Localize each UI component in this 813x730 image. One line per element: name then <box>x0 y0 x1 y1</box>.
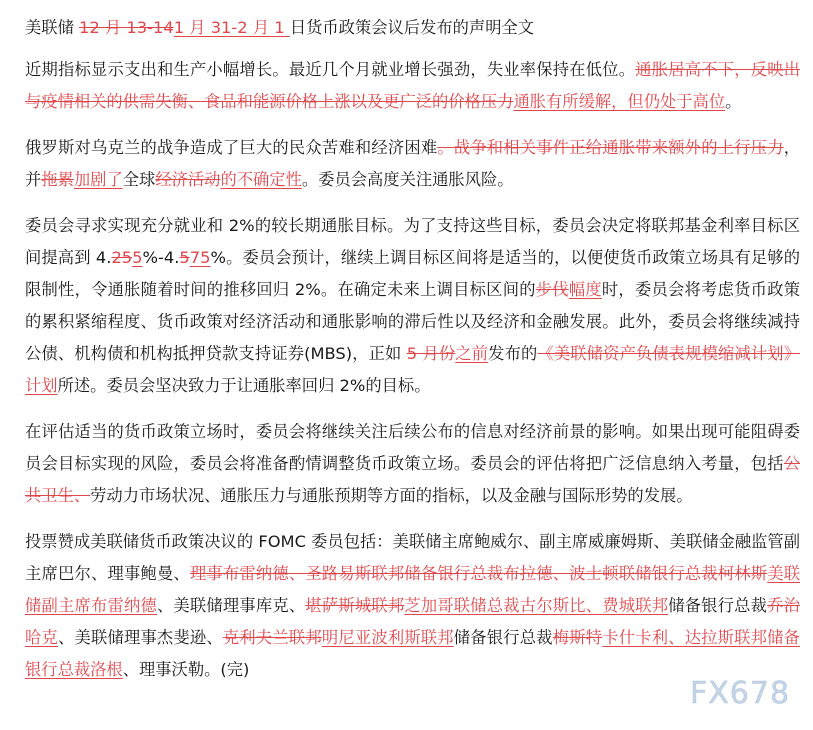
inserted-text: 75 <box>190 248 211 267</box>
paragraph-voters: 投票赞成美联储货币政策决议的 FOMC 委员包括：美联储主席鲍威尔、副主席威廉姆… <box>25 526 800 686</box>
paragraph-ukraine: 俄罗斯对乌克兰的战争造成了巨大的民众苦难和经济困难。战争和相关事件正给通胀带来额… <box>25 132 800 196</box>
paragraph-economy: 近期指标显示支出和生产小幅增长。最近几个月就业增长强劲，失业率保持在低位。通胀居… <box>25 54 800 118</box>
inserted-text: 计划 <box>25 376 58 395</box>
paragraph-policy: 委员会寻求实现充分就业和 2%的较长期通胀目标。为了支持这些目标，委员会决定将联… <box>25 210 800 402</box>
text-run: 发布的 <box>488 344 537 363</box>
deleted-text: 堪萨斯城联邦 <box>305 596 404 615</box>
deleted-text: 经济活动 <box>155 170 220 189</box>
inserted-text: 1 月 31-2 月 1 <box>174 18 290 37</box>
deleted-text: 克利夫兰联邦 <box>223 628 322 647</box>
text-run: 、美联储理事杰斐逊、 <box>58 628 223 647</box>
text-run: 。委员会高度关注通胀风险。 <box>302 170 514 189</box>
inserted-text: 加剧了 <box>74 170 123 189</box>
deleted-text: 拖累 <box>41 170 74 189</box>
paragraph-assessment: 在评估适当的货币政策立场时，委员会将继续关注后续公布的信息对经济前景的影响。如果… <box>25 416 800 512</box>
text-run: 储备银行总裁 <box>454 628 553 647</box>
inserted-text: 芝加哥联储总裁古尔斯比、费城联邦 <box>404 596 668 615</box>
inserted-text: 5 <box>132 248 142 267</box>
deleted-text: 步伐 <box>536 280 569 299</box>
inserted-text: 的不确定性 <box>220 170 301 189</box>
deleted-text: 12 月 13-14 <box>79 18 174 37</box>
text-run: 日货币政策会议后发布的声明全文 <box>290 18 534 37</box>
inserted-text: 之前 <box>455 344 488 363</box>
inserted-text: 明尼亚波利斯联邦 <box>322 628 454 647</box>
text-run: 。 <box>725 92 741 111</box>
text-run: %-4. <box>143 248 180 267</box>
text-run: 劳动力市场状况、通胀压力与通胀预期等方面的指标，以及金融与国际形势的发展。 <box>90 486 692 505</box>
deleted-text: 5 <box>179 248 189 267</box>
text-run: 所述。委员会坚决致力于让通胀率回归 2%的目标。 <box>58 376 431 395</box>
deleted-text: 。战争和相关事件正给通胀带来额外的上行压力 <box>437 138 783 157</box>
deleted-text: 理事布雷纳德、圣路易斯联邦储备银行总裁布拉德、波士顿联储银行总裁柯林斯 <box>190 564 767 583</box>
text-run: 全球 <box>123 170 156 189</box>
text-run: 、理事沃勒。(完) <box>123 660 250 679</box>
inserted-text: 通胀有所缓解，但仍处于高位 <box>513 92 725 111</box>
deleted-text: 25 <box>111 248 132 267</box>
deleted-text: 梅斯特 <box>553 628 602 647</box>
paragraph-title: 美联储 12 月 13-141 月 31-2 月 1 日货币政策会议后发布的声明… <box>25 12 800 44</box>
deleted-text: 乔治 <box>767 596 800 615</box>
text-run: 俄罗斯对乌克兰的战争造成了巨大的民众苦难和经济困难 <box>25 138 437 157</box>
document-body: 美联储 12 月 13-141 月 31-2 月 1 日货币政策会议后发布的声明… <box>25 12 800 700</box>
text-run: 、美联储理事库克、 <box>157 596 305 615</box>
inserted-text: 哈克 <box>25 628 58 647</box>
deleted-text: 《美联储资产负债表规模缩减计划》 <box>537 344 800 363</box>
text-run: 近期指标显示支出和生产小幅增长。最近几个月就业增长强劲，失业率保持在低位。 <box>25 60 635 79</box>
text-run: 储备银行总裁 <box>668 596 767 615</box>
text-run: 美联储 <box>25 18 79 37</box>
deleted-text: 5 月份 <box>407 344 456 363</box>
text-run: 在评估适当的货币政策立场时，委员会将继续关注后续公布的信息对经济前景的影响。如果… <box>25 422 800 473</box>
inserted-text: 幅度 <box>569 280 602 299</box>
